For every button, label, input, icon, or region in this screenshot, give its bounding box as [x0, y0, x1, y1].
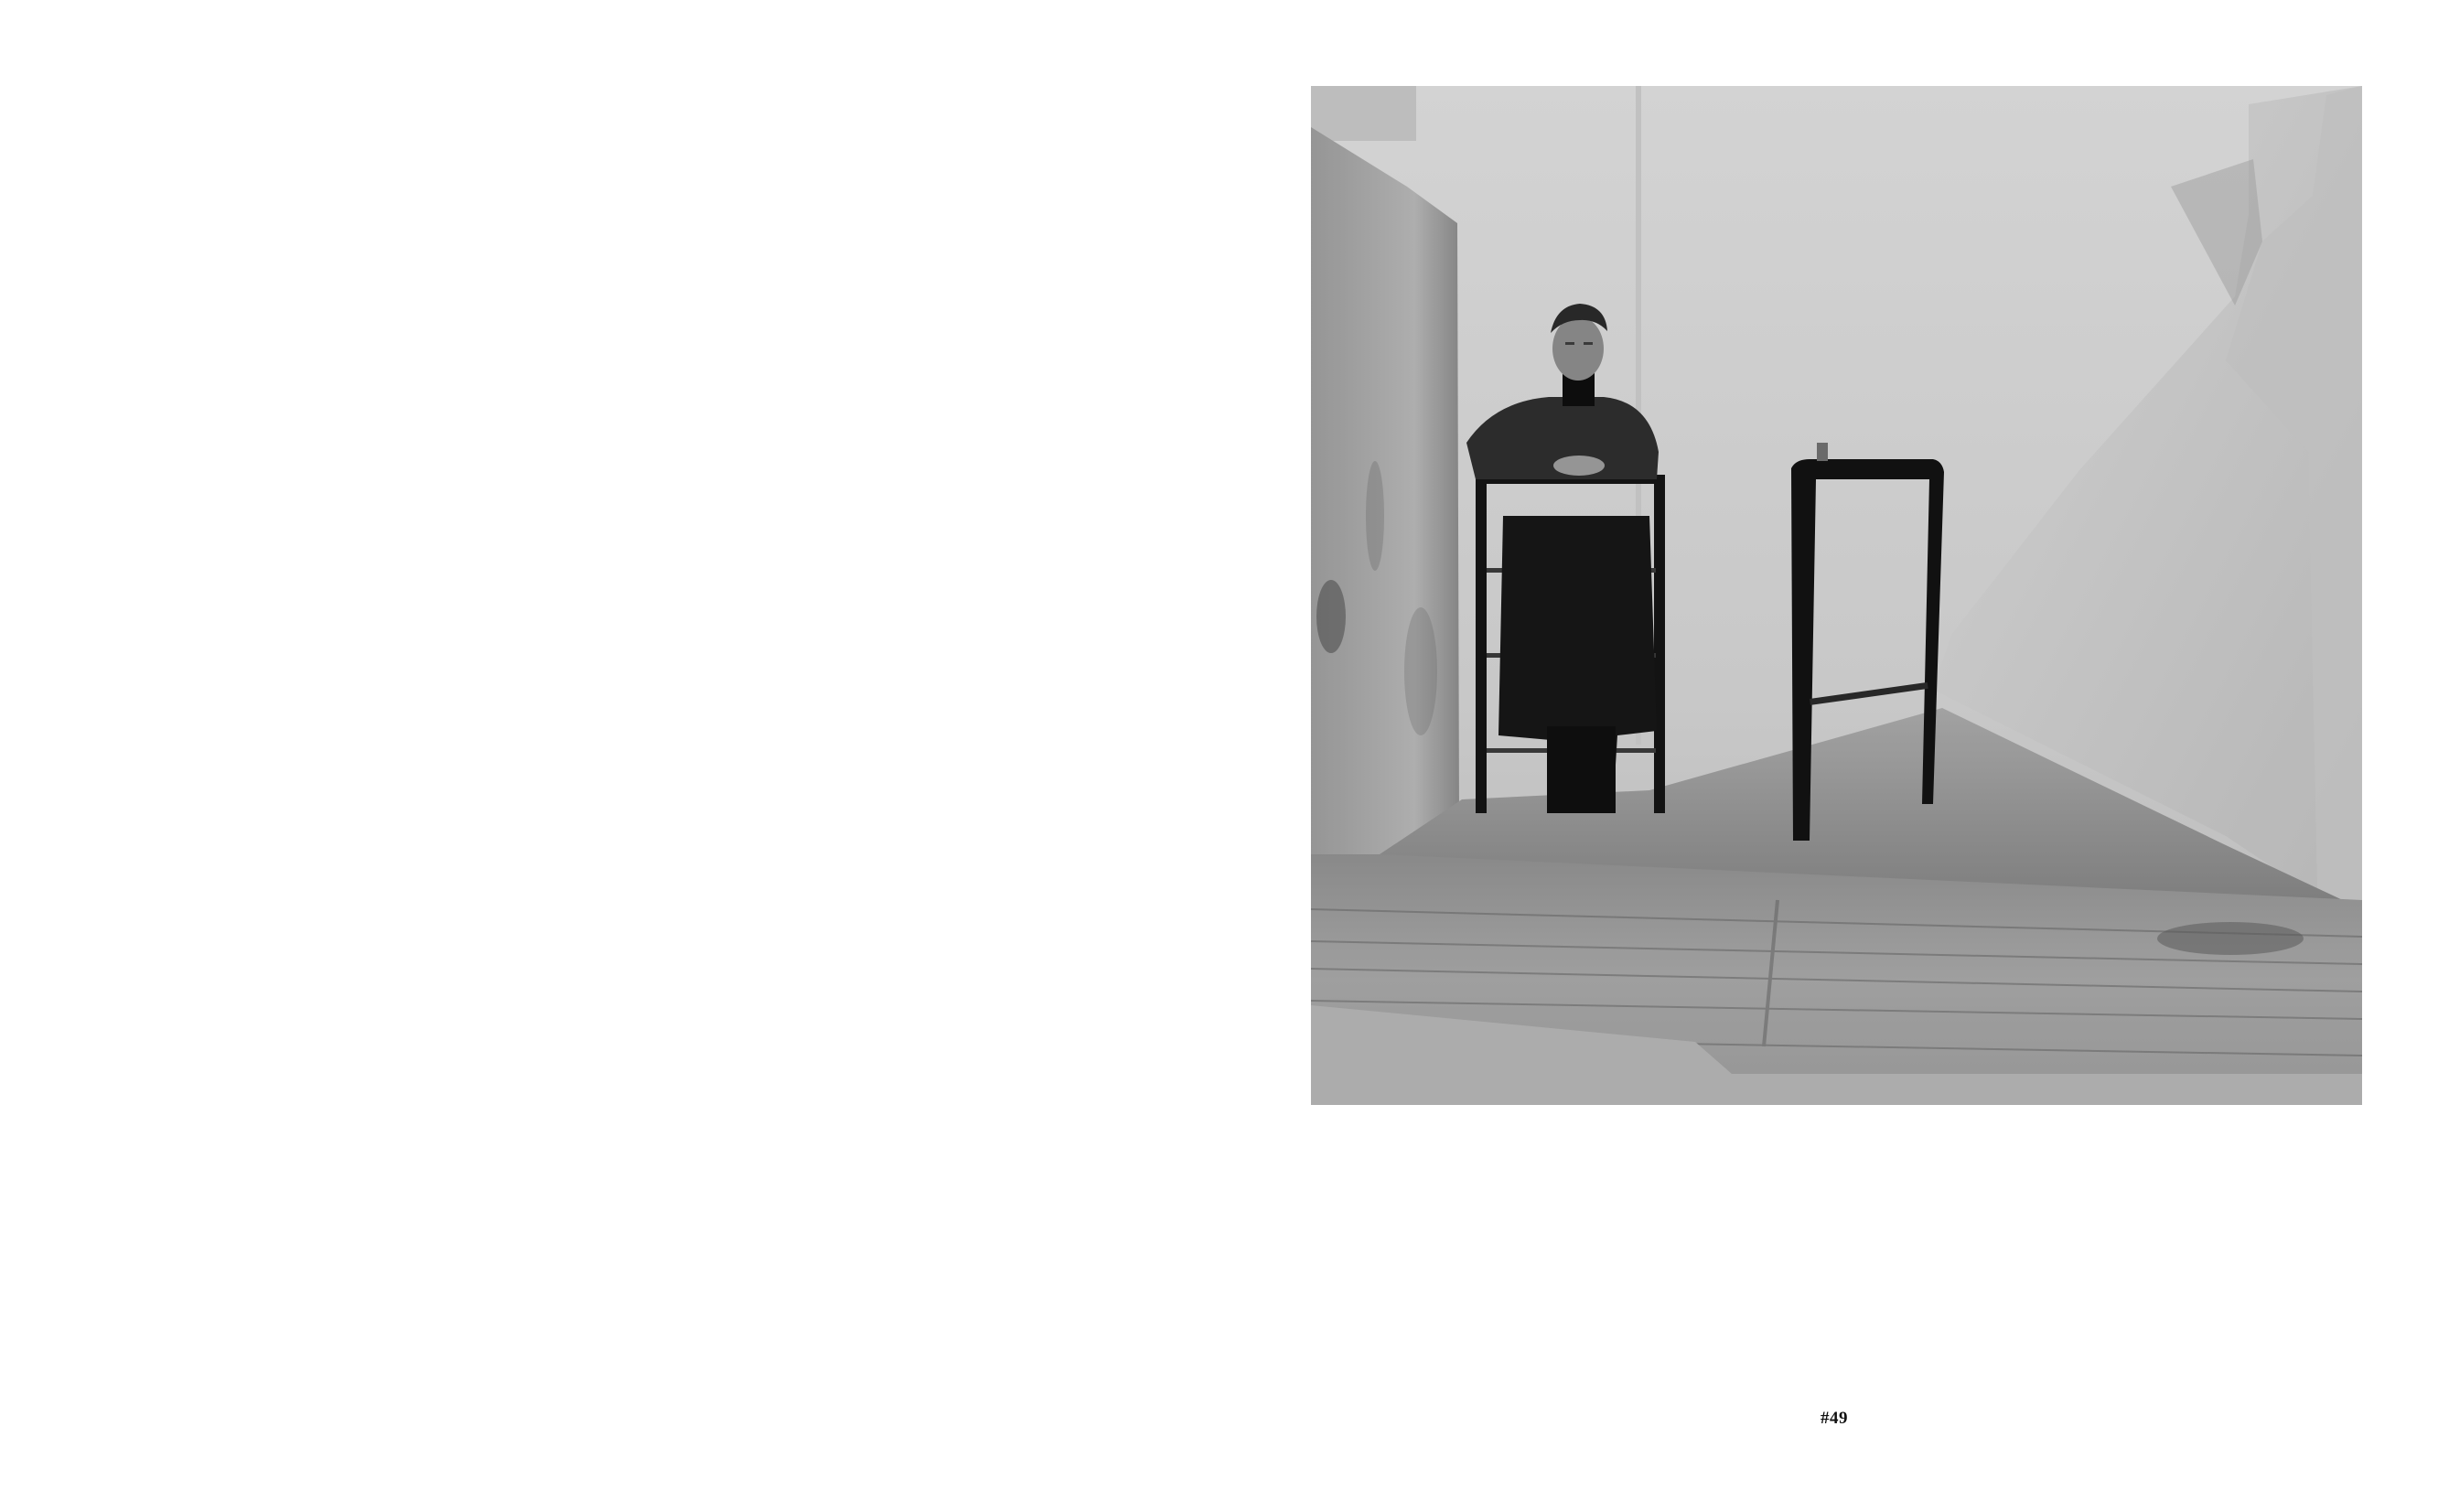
photograph — [1311, 86, 2362, 1105]
book-spread: #49 — [0, 0, 2449, 1512]
plate-number: #49 — [1821, 1409, 1848, 1429]
left-page-blank — [0, 0, 1224, 1512]
